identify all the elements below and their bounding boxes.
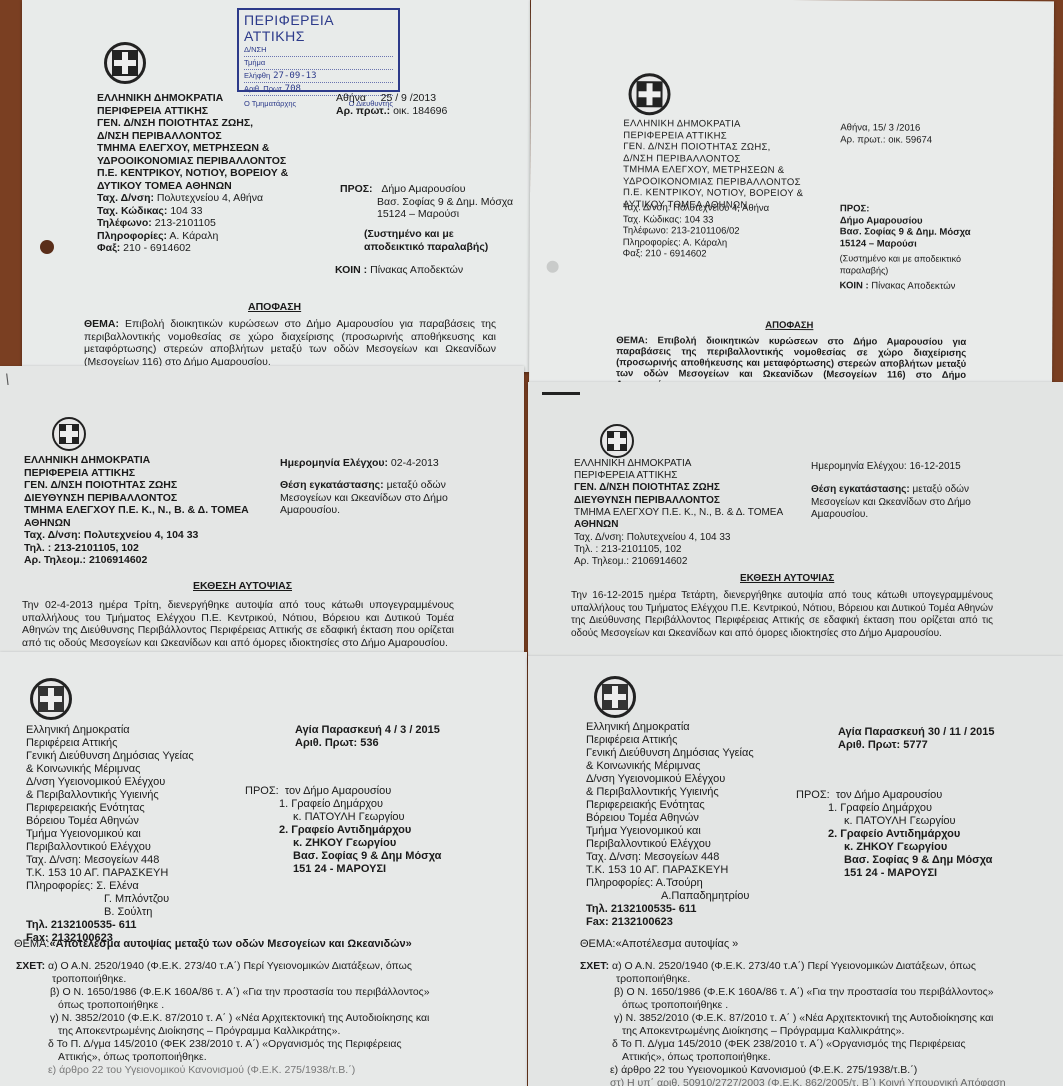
sender-block: ΕΛΛΗΝΙΚΗ ΔΗΜΟΚΡΑΤΙΑΠΕΡΙΦΕΡΕΙΑ ΑΤΤΙΚΗΣΓΕΝ…: [97, 92, 288, 192]
subject-line: ΘΕΜΑ:«Αποτέλεσμα αυτοψίας μεταξύ των οδώ…: [14, 938, 412, 951]
stamp-field: Δ/ΝΣΗ: [244, 44, 393, 57]
facility-location: Θέση εγκατάστασης: μεταξύ οδών Μεσογείων…: [280, 479, 460, 517]
document-decision-2013: ΠΕΡΙΦΕΡΕΙΑ ΑΤΤΙΚΗΣ Δ/ΝΣΗ Τμήμα Ελήφθη27-…: [22, 0, 530, 372]
greek-emblem-icon: [30, 678, 72, 720]
subject-paragraph: ΘΕΜΑ: Επιβολή διοικητικών κυρώσεων στο Δ…: [84, 318, 496, 368]
contact-block: Ταχ. Δ/νση: Πολυτεχνείου 4, 104 33Τηλ. :…: [574, 532, 730, 569]
facility-location: Θέση εγκατάστασης: μεταξύ οδών Μεσογείων…: [811, 484, 981, 522]
recipient-block: ΠΡΟΣ: Δήμο Αμαρουσίου Βασ. Σοφίας 9 & Δη…: [340, 183, 513, 221]
recipient-block: ΠΡΟΣ: τον Δήμο Αμαρουσίου 1. Γραφείο Δημ…: [796, 789, 992, 880]
sender-block: Ελληνική ΔημοκρατίαΠεριφέρεια ΑττικήςΓεν…: [586, 721, 754, 929]
registered-note: (Συστημένο και μεαποδεικτικό παραλαβής): [364, 228, 488, 253]
staple-mark: [542, 392, 580, 395]
references-list: ΣΧΕΤ: α) Ο Α.Ν. 2520/1940 (Φ.Ε.Κ. 273/40…: [580, 960, 1006, 1086]
subject-line: ΘΕΜΑ:«Αποτέλεσμα αυτοψίας »: [580, 938, 738, 951]
greek-emblem-icon: [104, 42, 146, 84]
cc-line: ΚΟΙΝ : Πίνακας Αποδεκτών: [839, 280, 955, 293]
greek-emblem-icon: [600, 424, 634, 458]
greek-emblem-icon: [628, 73, 670, 115]
inspection-date: Ημερομηνία Ελέγχου: 02-4-2013: [280, 457, 439, 470]
body-paragraph: Την 02-4-2013 ημέρα Τρίτη, διενεργήθηκε …: [22, 599, 454, 649]
received-stamp: ΠΕΡΙΦΕΡΕΙΑ ΑΤΤΙΚΗΣ Δ/ΝΣΗ Τμήμα Ελήφθη27-…: [237, 8, 400, 92]
document-decision-2016: ΕΛΛΗΝΙΚΗ ΔΗΜΟΚΡΑΤΙΑΠΕΡΙΦΕΡΕΙΑ ΑΤΤΙΚΗΣΓΕΝ…: [529, 0, 1054, 393]
document-title: ΑΠΟΦΑΣΗ: [765, 320, 813, 331]
date-block: Αθήνα, 15/ 3 /2016 Αρ. πρωτ.: οικ. 59674: [840, 122, 932, 145]
stamp-header: ΠΕΡΙΦΕΡΕΙΑ ΑΤΤΙΚΗΣ: [244, 12, 393, 44]
date-block: Αγία Παρασκευή 30 / 11 / 2015 Αριθ. Πρωτ…: [838, 726, 995, 752]
document-health-letter-2015-03: Ελληνική ΔημοκρατίαΠεριφέρεια ΑττικήςΓεν…: [0, 652, 527, 1086]
stamp-field: Ελήφθη27-09-13: [244, 70, 393, 83]
document-inspection-2013: \ ΕΛΛΗΝΙΚΗ ΔΗΜΟΚΡΑΤΙΑΠΕΡΙΦΕΡΕΙΑ ΑΤΤΙΚΗΣΓ…: [0, 366, 524, 656]
document-inspection-2015: ΕΛΛΗΝΙΚΗ ΔΗΜΟΚΡΑΤΙΑΠΕΡΙΦΕΡΕΙΑ ΑΤΤΙΚΗΣ ΓΕ…: [528, 382, 1063, 664]
contact-block: Ταχ. Δ/νση: Πολυτεχνείου 4, 104 33Τηλ. :…: [24, 529, 198, 567]
references-list: ΣΧΕΤ: α) Ο Α.Ν. 2520/1940 (Φ.Ε.Κ. 273/40…: [16, 960, 430, 1077]
recipient-block: ΠΡΟΣ: τον Δήμο Αμαρουσίου 1. Γραφείο Δημ…: [245, 785, 441, 876]
recipient-block: ΠΡΟΣ: Δήμο ΑμαρουσίουΒασ. Σοφίας 9 & Δημ…: [840, 203, 971, 250]
date-block: Αθήνα 25 / 9 /2013 Αρ. πρωτ.: οικ. 18469…: [336, 92, 447, 117]
greek-emblem-icon: [52, 417, 86, 451]
contact-block: Ταχ. Δ/νση: Πολυτεχνείου 4, Αθήνα Ταχ. Κ…: [97, 192, 263, 255]
body-paragraph: Την 16-12-2015 ημέρα Τετάρτη, διενεργήθη…: [571, 590, 993, 640]
date-block: Αγία Παρασκευή 4 / 3 / 2015 Αριθ. Πρωτ: …: [295, 724, 440, 750]
pen-mark: \: [5, 372, 10, 388]
sender-block: ΕΛΛΗΝΙΚΗ ΔΗΜΟΚΡΑΤΙΑΠΕΡΙΦΕΡΕΙΑ ΑΤΤΙΚΗΣΓΕΝ…: [24, 454, 249, 529]
punch-hole: [547, 261, 559, 273]
inspection-date: Ημερομηνία Ελέγχου: 16-12-2015: [811, 461, 961, 474]
document-health-letter-2015-11: Ελληνική ΔημοκρατίαΠεριφέρεια ΑττικήςΓεν…: [528, 656, 1063, 1086]
contact-block: Ταχ. Δ/νση: Πολυτεχνείου 4, Αθήνα Ταχ. Κ…: [623, 202, 770, 260]
registered-note: (Συστημένο και με αποδεικτικόπαραλαβής): [840, 253, 961, 277]
sender-block: ΕΛΛΗΝΙΚΗ ΔΗΜΟΚΡΑΤΙΑΠΕΡΙΦΕΡΕΙΑ ΑΤΤΙΚΗΣ ΓΕ…: [574, 458, 783, 531]
sender-block: ΕΛΛΗΝΙΚΗ ΔΗΜΟΚΡΑΤΙΑΠΕΡΙΦΕΡΕΙΑ ΑΤΤΙΚΗΣΓΕΝ…: [623, 118, 804, 211]
document-title: ΕΚΘΕΣΗ ΑΥΤΟΨΙΑΣ: [193, 580, 292, 592]
document-title: ΕΚΘΕΣΗ ΑΥΤΟΨΙΑΣ: [740, 573, 834, 584]
document-title: ΑΠΟΦΑΣΗ: [248, 301, 301, 313]
cc-line: ΚΟΙΝ : Πίνακας Αποδεκτών: [335, 264, 463, 277]
stamp-field: Τμήμα: [244, 57, 393, 70]
greek-emblem-icon: [594, 676, 636, 718]
sender-block: Ελληνική ΔημοκρατίαΠεριφέρεια ΑττικήςΓεν…: [26, 724, 194, 945]
punch-hole: [40, 240, 54, 254]
